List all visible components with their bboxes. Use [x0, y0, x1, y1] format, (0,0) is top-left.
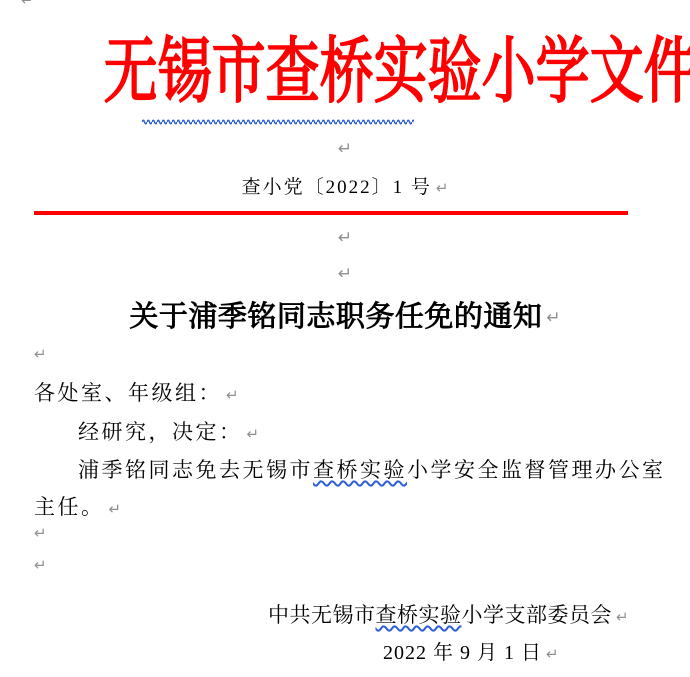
paragraph-mark-icon: ↵ — [0, 228, 690, 248]
salutation-line[interactable]: 各处室、年级组：↵ — [34, 375, 654, 414]
paragraph-mark-icon: ↵ — [546, 308, 560, 328]
notice-title[interactable]: 关于浦季铭同志职务任免的通知 — [129, 301, 542, 333]
paragraph-mark-icon: ↵ — [21, 0, 34, 9]
signature-org-pre[interactable]: 中共无锡市 — [268, 603, 376, 627]
removal-tail[interactable]: 主任。 — [34, 495, 105, 519]
removal-post[interactable]: 小学安全监督管理办公室 — [407, 458, 666, 482]
notice-title-line[interactable]: 关于浦季铭同志职务任免的通知↵ — [0, 294, 690, 335]
date-line[interactable]: 2022 年 9 月 1 日↵ — [383, 636, 559, 665]
paragraph-mark-icon: ↵ — [0, 139, 690, 159]
removal-line-2[interactable]: 主任。↵ — [34, 489, 654, 528]
removal-flagged-text[interactable]: 查桥实验 — [313, 458, 407, 482]
body-text[interactable]: 各处室、年级组：↵ 经研究，决定：↵ 浦季铭同志免去无锡市查桥实验小学安全监督管… — [34, 375, 654, 527]
doc-number-line[interactable]: 查小党〔2022〕1 号↵ — [0, 172, 690, 199]
paragraph-mark-icon: ↵ — [616, 608, 629, 626]
paragraph-mark-icon: ↵ — [0, 264, 690, 284]
paragraph-mark-icon: ↵ — [247, 425, 260, 443]
date-text[interactable]: 2022 年 9 月 1 日 — [383, 642, 542, 664]
removal-line-1[interactable]: 浦季铭同志免去无锡市查桥实验小学安全监督管理办公室 — [34, 452, 654, 489]
document-page: ↵ 无锡市查桥实验小学文件↵ ↵ 查小党〔2022〕1 号↵ ↵ ↵ 关于浦季铭… — [0, 0, 690, 677]
spellcheck-squiggle — [142, 117, 414, 125]
signature-org-post[interactable]: 小学支部委员会 — [462, 603, 613, 627]
salutation[interactable]: 各处室、年级组： — [34, 381, 222, 405]
decision-text[interactable]: 经研究，决定： — [78, 420, 243, 444]
removal-pre[interactable]: 浦季铭同志免去无锡市 — [78, 458, 313, 482]
letterhead-title[interactable]: 无锡市查桥实验小学文件 — [104, 32, 690, 112]
paragraph-mark-icon: ↵ — [436, 179, 449, 197]
paragraph-mark-icon: ↵ — [546, 645, 559, 663]
doc-number[interactable]: 查小党〔2022〕1 号 — [242, 177, 432, 198]
paragraph-mark-icon: ↵ — [109, 500, 122, 518]
paragraph-mark-icon: ↵ — [34, 524, 47, 542]
paragraph-mark-icon: ↵ — [226, 386, 239, 404]
paragraph-mark-icon: ↵ — [34, 556, 47, 574]
decision-line[interactable]: 经研究，决定：↵ — [34, 414, 654, 453]
signature-flagged-text[interactable]: 查桥实验 — [376, 603, 462, 627]
red-separator-rule — [34, 211, 628, 215]
signature-line[interactable]: 中共无锡市查桥实验小学支部委员会↵ — [268, 599, 629, 629]
paragraph-mark-icon: ↵ — [34, 345, 47, 363]
